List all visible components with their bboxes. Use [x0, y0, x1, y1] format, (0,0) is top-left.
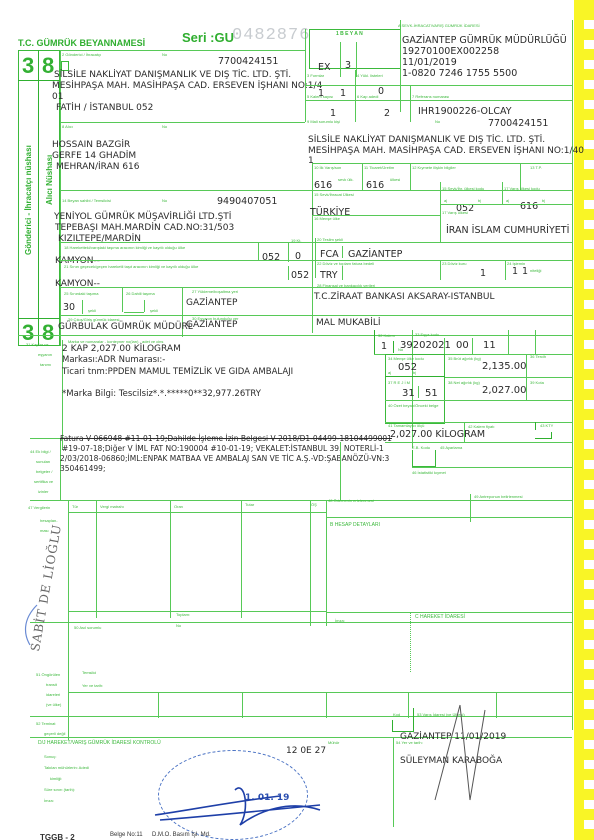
box41-label: 41 Tamamlayıcı ölçü: [388, 423, 424, 428]
box15a-b: b|: [478, 198, 481, 203]
boxD-field-imza: İmza:: [44, 798, 54, 803]
box13-label: 13 T.P.: [530, 165, 542, 170]
box20-label: 20 Teslim şekli: [317, 237, 343, 242]
box5-label: 5 Kalem sayısı: [307, 94, 333, 99]
box2-line-1: SİLSİLE NAKLİYAT DANIŞMANLIK VE DIŞ TİC.…: [54, 70, 291, 81]
box15a-label: 15 Sevk/İhr. ülkesi kodu: [442, 186, 484, 191]
box16-label: 16 Menşe ülke: [314, 216, 340, 221]
box30-value: GAZİANTEP: [186, 320, 237, 331]
box2-line-3: 01: [52, 92, 63, 103]
box17-value: İRAN İSLAM CUMHURİYETİ: [446, 225, 569, 236]
tax-col-tur: Tür: [72, 504, 78, 509]
box20-place: GAZİANTEP: [348, 249, 402, 260]
box24-value-1: 1: [512, 266, 518, 277]
box42-label: 42 Kalem fiyatı: [468, 424, 494, 429]
box50-sign-label: İmza:: [335, 618, 345, 623]
box20-code: FCA: [320, 249, 339, 260]
box4-value: 0: [378, 86, 384, 97]
box25-value: 30: [63, 302, 75, 313]
box10-label: 10 İlk Varış/son: [314, 165, 341, 170]
boxD-label: D/J HAREKET/VARIŞ GÜMRÜK İDARESİ KONTROL…: [38, 741, 161, 746]
box3-label: 3 Formlar: [307, 73, 324, 78]
box21-country: 052: [291, 270, 309, 281]
box33-label: 33 Eşya kodu: [415, 332, 439, 337]
tax-col-matrah: Vergi matrahı: [100, 504, 124, 509]
box37-label: 37 R E J İ M: [388, 380, 410, 385]
box6-label: 6 Kap adedi: [357, 94, 378, 99]
box44-label-2: sunulan: [36, 459, 50, 464]
boxD-field-sonuc: Sonuç:: [44, 754, 56, 759]
box52-label-2: geçerli değil: [44, 731, 65, 736]
box37-value-1: 31: [402, 388, 415, 399]
box9-line-1: SİLSİLE NAKLİYAT DANIŞMANLIK VE DIŞ TİC.…: [308, 135, 545, 146]
tax-col-oran: Oran: [174, 504, 183, 509]
officer-signature: [420, 700, 490, 810]
box15a-a: a|: [444, 198, 447, 203]
boxD-stamp-code: 12 0E 27: [286, 746, 326, 757]
box8-line-3: MEHRAN/İRAN 616: [56, 162, 140, 173]
box28-line-1: T.C.ZİRAAT BANKASI AKSARAY-ISTANBUL: [314, 292, 495, 303]
footer-printer: D.M.O. Basım İşl. Md.: [152, 832, 211, 838]
box9-line-2: MESİHPAŞA MAH. MASİHPAŞA CAD. ERSEVEN İŞ…: [308, 146, 584, 157]
box2-line-4: FATİH / İSTANBUL 052: [56, 103, 153, 114]
box44-label-3: belgeler /: [36, 469, 52, 474]
box17a-value: 616: [520, 201, 538, 212]
box14-no: 9490407051: [217, 196, 277, 207]
box8-line-1: HOSSAIN BAZGİR: [52, 140, 130, 151]
box44b-frame: [412, 450, 436, 467]
box17a-label: 17 Varış ülkesi kodu: [504, 186, 540, 191]
box38-label: 38 Net ağırlık (kg): [448, 380, 480, 385]
box9-no-label: No: [435, 119, 440, 124]
box6-value: 2: [384, 108, 390, 119]
box7-label: 7 Referans numarası: [412, 94, 449, 99]
box11-sub: ülkesi: [390, 177, 400, 182]
box9-no: 7700424151: [488, 118, 548, 129]
box2-line-2: MESİHPAŞA MAH. MASİHPAŞA CAD. ERSEVEN İŞ…: [52, 81, 322, 92]
box48-label: 48 Ödemenin ertelenmesi: [328, 498, 374, 503]
box15-label: 15 Sevk/İhracat Ülkesi: [314, 192, 354, 197]
box28-line-2: MAL MUKABİLİ: [316, 318, 381, 329]
box38-value: 2,027.00: [482, 385, 527, 396]
box35-value: 2,135.00: [482, 361, 527, 372]
box45-label: 45 Ayarlama: [440, 445, 462, 450]
box34-a: a|: [388, 370, 391, 375]
box27-value: GAZİANTEP: [186, 298, 237, 309]
box23-value: 1: [480, 268, 486, 279]
box31-line-1: 2 KAP 2,027.00 KİLOGRAM: [62, 344, 181, 355]
boxA-line-2: 19270100EX002258: [402, 46, 499, 57]
box37-value-2: 51: [425, 388, 438, 399]
boxD-field-muhur-adedi: Takılan mühürlerin: Adedi: [44, 765, 89, 770]
box34-b: b|: [413, 370, 416, 375]
box17a-a: a|: [506, 198, 509, 203]
footer-note: Belge No:11: [110, 832, 143, 838]
signature-stroke: [150, 770, 330, 840]
box24-sub: niteliği: [530, 268, 541, 273]
box25-label: 25 Sınırdaki taşıma: [64, 291, 98, 296]
box31-label-3: tanımı: [40, 362, 51, 367]
tax-total-label: Toplam:: [176, 612, 190, 617]
box5-value: 1: [330, 108, 336, 119]
tax-col-os: ÖŞ: [311, 502, 317, 507]
box46-label: 46 İstatistiki kıymet: [412, 470, 446, 475]
box52-kod-label: Kod: [393, 712, 400, 717]
box31-line-3: Ticari tnm:PPDEN MAMUL TEMİZLİK VE GIDA …: [62, 367, 293, 378]
box44-line-4: 350461499;: [60, 463, 105, 474]
box31-label-1: 31 Kaplar ve: [26, 342, 48, 347]
box8-no-label: No: [162, 124, 167, 129]
box51-label-1: 51 Öngörülen: [36, 672, 60, 677]
box31-line-4: *Marka Bilgi: Tescilsiz*.*.*****0**32,97…: [62, 389, 261, 400]
tax-col-tutar: Tutar: [245, 502, 254, 507]
box39-label: 39 Kota: [530, 380, 544, 385]
boxA-line-1: GAZİANTEP GÜMRÜK MÜDÜRLÜĞÜ: [402, 35, 567, 46]
serial-number: 0482876: [232, 26, 310, 45]
box32-value: 1: [381, 341, 387, 352]
boxD-muhur-label: Mühür: [328, 740, 339, 745]
box2-no: 7700424151: [218, 56, 278, 67]
box51-label-3: idareleri: [46, 692, 60, 697]
boxB-label: B HESAP DETAYLARI: [330, 523, 380, 528]
box44-label-1: 44 Ek bilgi /: [30, 449, 51, 454]
box33-value-2: 00: [456, 340, 469, 351]
box49-label: 49 Antreponun belirlenmesi: [474, 494, 522, 499]
box14-no-label: No: [162, 198, 167, 203]
box50-label: 50 Asıl sorumlu: [74, 625, 101, 630]
box18-country: 052: [262, 252, 280, 263]
box24-value-2: 1: [522, 266, 528, 277]
box52-label-1: 52 Teminat: [36, 721, 56, 726]
box17a-b: b|: [542, 198, 545, 203]
box14-label: 14 Beyan sahibi / Temsilcisi: [62, 198, 111, 203]
box40-label: 40 Özet beyan/Önceki belge: [388, 403, 438, 408]
box50-no-label: No: [176, 623, 181, 628]
boxA-line-3: 11/01/2019: [402, 57, 457, 68]
box22-label: 22 Döviz ve toplam fatura bedeli: [317, 261, 374, 266]
box44-label-4: sertifika ve: [34, 479, 53, 484]
box47-label-3: ması: [40, 528, 49, 533]
serial-label: Seri :GU: [182, 30, 234, 45]
box2-no-label: No: [162, 52, 167, 57]
box51-label-4: (ve ülke): [46, 702, 61, 707]
box41-value: 2,027.00 KİLOGRAM: [390, 429, 485, 440]
side-label-outer: Gönderici - İhracatçı nüshası: [24, 145, 33, 255]
boxA-label: A SEVK-İHRACAT/VARIŞ GÜMRÜK İDARESİ: [398, 23, 480, 28]
box1-value-ex: EX: [318, 62, 331, 73]
box29-value: GÜRBULAK GÜMRÜK MÜDÜRL: [58, 322, 193, 333]
box28-label: 28 Finansal ve bankacılık verileri: [317, 283, 375, 288]
box33-value-3: 11: [483, 340, 496, 351]
box19-label: 19 Kt.: [291, 238, 301, 243]
box36-label: 36 Tercih: [530, 354, 546, 359]
box14-line-2: TEPEBAŞI MAH.MARDİN CAD.NO:31/503: [55, 223, 234, 234]
box8-line-2: GERFE 14 GHADİM: [52, 151, 136, 162]
box32-label: 32 Kalem: [378, 333, 395, 338]
box9-label: 9 Mali sorumlu kişi: [307, 119, 340, 124]
box21-value: KAMYON--: [55, 279, 100, 290]
box18-label: 18 Hareketteki/varıştaki taşıma aracının…: [64, 245, 185, 250]
form-title: T.C. GÜMRÜK BEYANNAMESİ: [18, 38, 145, 48]
footer-form-code: TGGB - 2: [40, 833, 75, 840]
box44-label-5: izinler: [38, 489, 48, 494]
box4-label: 4 Yükl. listeleri: [357, 73, 383, 78]
boxA-line-4: 1-0820 7246 1755 5500: [402, 68, 517, 79]
boxC-label: C HAREKET İDARESİ: [415, 615, 465, 620]
box21-label: 21 Sınırı geçecek/geçen hareketli taşıt …: [64, 264, 198, 269]
box2-label: 2 Gönderici / İhracatçı: [62, 52, 101, 57]
box51-sub1: Temsilci: [82, 670, 96, 675]
copy-number-a: 3: [22, 53, 34, 79]
box34-label: 34 Menşe ülke kodu: [388, 356, 424, 361]
box51-label-2: transit: [46, 682, 57, 687]
box7-value: IHR1900226-OLCAY: [418, 106, 512, 117]
box12-label: 12 Kıymete ilişkin bilgiler: [412, 165, 456, 170]
box22-value: TRY: [320, 270, 338, 281]
box8-label: 8 Alıcı: [62, 124, 73, 129]
box14-line-3: KIZILTEPE/MARDİN: [58, 234, 141, 245]
box51-sub2: Yer ve tarih:: [82, 683, 103, 688]
blue-pen-mark: [12, 600, 42, 650]
box31-line-2: Markası:ADR Numarası:-: [62, 355, 165, 366]
box26-sub: şekli: [150, 308, 158, 313]
box10-sub: sevk ülk.: [338, 177, 354, 182]
boxD-field-kimligi: kimliği:: [50, 776, 62, 781]
boxD-field-sure: Süre sınırı (tarih):: [44, 787, 75, 792]
copy-number-b: 8: [42, 53, 54, 79]
box14-line-1: YENİYOL GÜMRÜK MÜŞAVİRLİĞİ LTD.ŞTİ: [54, 212, 231, 223]
box43-label: 43 KTY: [540, 423, 553, 428]
box35-label: 35 Brüt ağırlık (kg): [448, 356, 481, 361]
box23-label: 23 Döviz kuru: [442, 261, 466, 266]
box26-label: 26 Dahili taşıma: [126, 291, 155, 296]
box11-label: 11 Ticaret/Üretim: [364, 165, 394, 170]
box27-label: 27 Yükleme/boşaltma yeri: [192, 289, 238, 294]
box1-value-3: 3: [345, 60, 351, 71]
box3-value-2: 1: [340, 88, 346, 99]
box47-label-2: hesaplan-: [40, 518, 58, 523]
box25-sub: şekli: [88, 308, 96, 313]
box17-label: 17 Varış ülkesi: [442, 210, 468, 215]
box1-label: 1 B E Y A N: [336, 32, 363, 37]
side-label-inner: Alıcı Nüshası: [45, 155, 54, 205]
box47-label-1: 47 Vergilerin: [28, 505, 50, 510]
box31-label-2: eşyanın: [38, 352, 52, 357]
